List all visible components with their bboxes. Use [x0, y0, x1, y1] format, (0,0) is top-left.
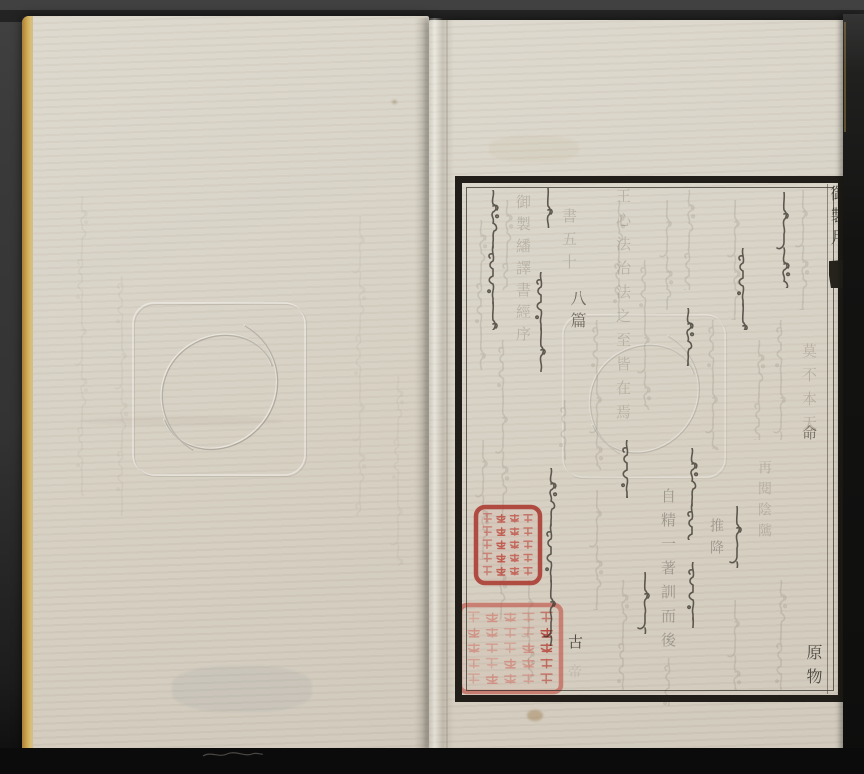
manchu-text-column	[352, 216, 368, 516]
foxing-stain	[527, 710, 543, 721]
paper-smudge	[489, 136, 579, 162]
spine-column-divider	[827, 184, 828, 694]
fishtail-mark-icon	[829, 260, 843, 288]
frame-inner-line	[466, 187, 834, 691]
manchu-text-column	[390, 376, 406, 566]
left-page	[22, 16, 429, 752]
right-page: 御製繙譯書經序書五十八篇王心法治法之至皆在焉莫不本天命再閱陰隲推降自精一著訓而後…	[429, 20, 847, 750]
scan-viewport: 御製繙譯書經序書五十八篇王心法治法之至皆在焉莫不本天命再閱陰隲推降自精一著訓而後…	[0, 0, 864, 774]
digitization-watermark-left	[130, 300, 308, 478]
book-bottom-shadow	[0, 748, 864, 774]
pencil-scribble	[200, 748, 266, 762]
manchu-text-column	[74, 196, 90, 496]
spine-edge-shadow	[843, 14, 864, 774]
manchu-text-column	[114, 276, 130, 516]
text-block-frame	[455, 176, 845, 702]
page-edge-highlight	[844, 22, 846, 132]
